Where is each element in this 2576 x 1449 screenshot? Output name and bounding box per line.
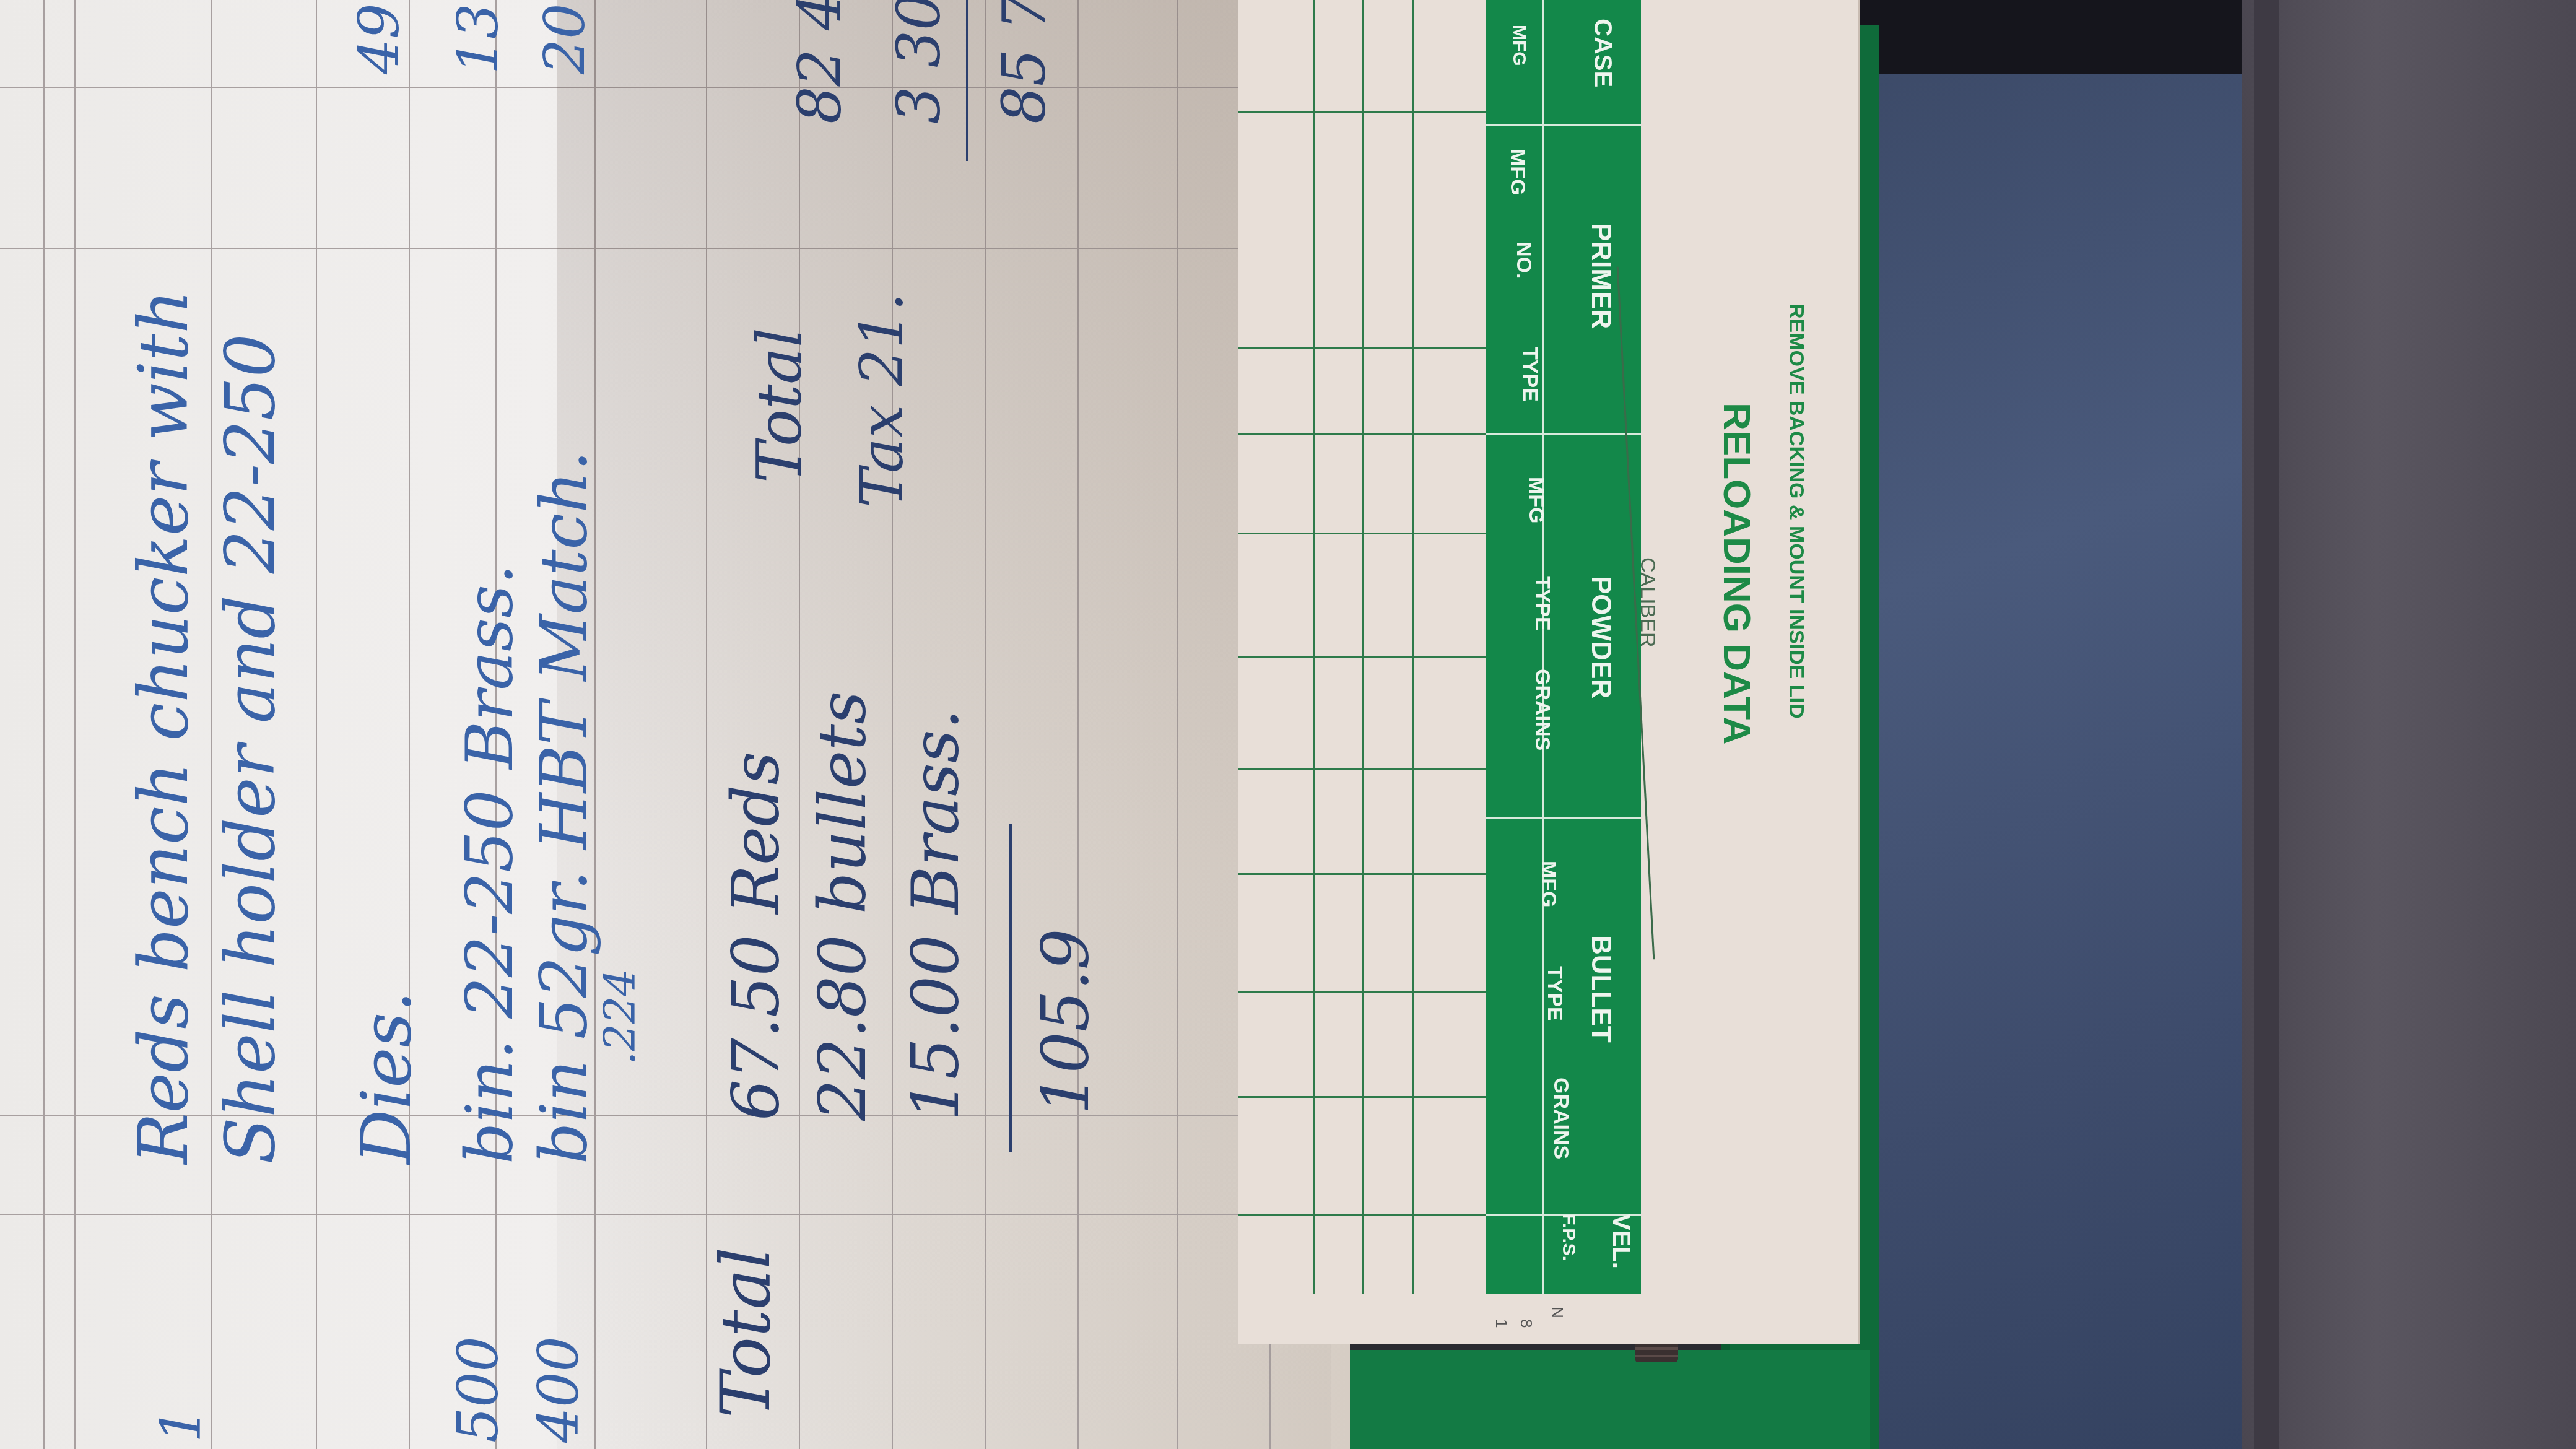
denim-fabric — [1833, 74, 2279, 1449]
band-divider — [1486, 817, 1641, 819]
card-title: RELOADING DATA — [1715, 402, 1759, 744]
subtotal-line-2: 22.80 bullets — [805, 691, 881, 1121]
col-primer-mfg: MFG — [1505, 149, 1529, 196]
ledger-rule — [74, 0, 76, 1449]
fabric-seam — [2254, 0, 2279, 1449]
under-print-1: 1 — [1492, 1319, 1511, 1328]
subtotal-label: Total — [706, 1247, 785, 1418]
subtotal-line-1: 67.50 Reds — [718, 752, 794, 1121]
ledger-page: 49 42 13 00 20 00 Reds bench chucker wit… — [0, 0, 1350, 1449]
col-powder-type: TYPE — [1530, 576, 1554, 631]
group-label-primer: PRIMER — [1585, 223, 1616, 329]
ledger-rule — [43, 0, 45, 1449]
row-number-3: 400 — [526, 1336, 591, 1443]
note-line-4: bin. 22-250 Brass. — [452, 564, 528, 1164]
note-line-1: Reds bench chucker with — [124, 290, 203, 1164]
sum-underline — [1009, 824, 1012, 1152]
note-line-5: bin 52gr. HBT Match. — [526, 451, 602, 1164]
amount-right-1: 82 42 — [786, 0, 855, 124]
band-divider — [1486, 433, 1641, 435]
col-case-mfg: MFG — [1508, 25, 1529, 66]
group-label-powder: POWDER — [1585, 576, 1616, 698]
group-label-velocity: VEL. — [1607, 1214, 1635, 1269]
amount-right-2: 3 30 — [885, 0, 954, 124]
group-label-case: CASE — [1588, 19, 1616, 87]
total-underline — [966, 0, 968, 161]
col-primer-type: TYPE — [1518, 347, 1542, 402]
caliber-label: CALIBER — [1635, 557, 1660, 648]
amount-right-total: 85 72 — [991, 0, 1059, 124]
under-print-2: 8 — [1516, 1319, 1536, 1328]
subtotal-line-3: 15.00 Brass. — [898, 709, 973, 1121]
subtotal-total: 105.9 — [1028, 928, 1103, 1115]
card-grid-line — [1412, 0, 1414, 1294]
col-primer-no: NO. — [1512, 241, 1536, 279]
ledger-rule — [316, 0, 317, 1449]
note-line-3: Dies. — [347, 991, 426, 1164]
note-line-2: Shell holder and 22-250 — [211, 334, 290, 1164]
col-bullet-type: TYPE — [1543, 966, 1567, 1021]
row-number-2: 500 — [446, 1336, 511, 1443]
group-label-bullet: BULLET — [1585, 935, 1616, 1043]
under-print-3: N — [1547, 1307, 1567, 1318]
col-powder-grains: GRAINS — [1530, 669, 1554, 751]
band-divider — [1542, 0, 1544, 1294]
card-grid-line — [1362, 0, 1364, 1294]
amount-left-2: 13 00 — [446, 0, 511, 74]
col-powder-mfg: MFG — [1524, 477, 1548, 524]
grey-fabric — [2242, 0, 2576, 1449]
row-number-1: 1 — [149, 1408, 214, 1443]
col-bullet-grains: GRAINS — [1549, 1077, 1573, 1159]
annotation-total: Total — [743, 328, 816, 483]
amount-left-1: 49 42 — [347, 0, 412, 74]
band-divider — [1486, 124, 1641, 126]
note-line-6: .224 — [594, 968, 645, 1065]
ledger-rule — [409, 0, 410, 1449]
col-bullet-mfg: MFG — [1536, 861, 1560, 908]
annotation-tax: Tax 21. — [848, 293, 916, 508]
card-instruction: REMOVE BACKING & MOUNT INSIDE LID — [1784, 303, 1808, 719]
card-grid-line — [1313, 0, 1315, 1294]
amount-left-3: 20 00 — [533, 0, 598, 74]
col-velocity-fps: F.P.S. — [1558, 1214, 1579, 1261]
